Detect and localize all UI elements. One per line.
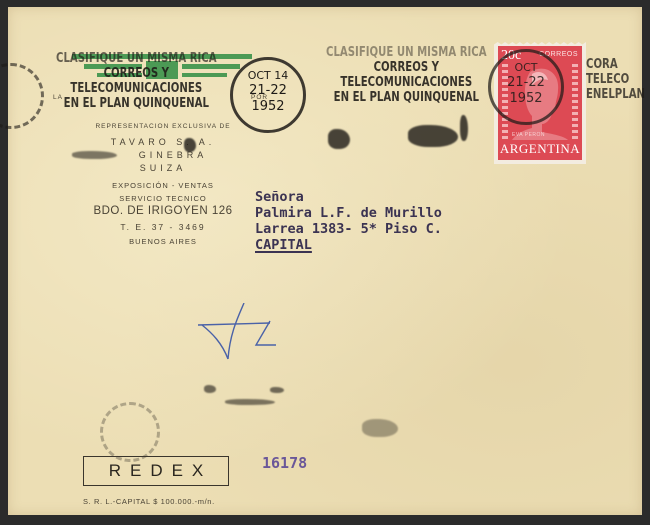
faint-postmark-bottom bbox=[100, 402, 160, 462]
ink-smudge bbox=[184, 138, 196, 152]
letterhead-services-2: SERVICIO TECNICO bbox=[48, 194, 278, 203]
stamp-portrait-name: EVA PERON bbox=[512, 132, 545, 138]
postmark-date: OCT bbox=[491, 62, 561, 74]
recipient-street: Larrea 1383- 5* Piso C. bbox=[255, 221, 442, 237]
ink-smudge bbox=[204, 385, 216, 393]
slogan-line-2: TELECOMUNICACIONES bbox=[326, 75, 487, 90]
slogan-line-0: CLASIFIQUE UN MISMA RICA bbox=[56, 51, 217, 66]
letterhead-country: SUIZA bbox=[48, 163, 278, 173]
letterhead-address: BDO. DE IRIGOYEN 126 bbox=[48, 205, 278, 217]
partial-postmark-left bbox=[0, 63, 44, 129]
stamp-border-ornament bbox=[572, 64, 578, 140]
letterhead-tagline-left: LA bbox=[53, 94, 63, 101]
slogan-line-3: EN EL PLAN QUINQUENAL bbox=[326, 90, 487, 105]
postmark-year: 1952 bbox=[233, 101, 303, 113]
recipient-name: Palmira L.F. de Murillo bbox=[255, 205, 442, 221]
ink-smudge bbox=[362, 419, 398, 437]
slogan-line-0: CLASIFIQUE UN MISMA RICA bbox=[326, 45, 487, 60]
ink-smudge bbox=[408, 125, 458, 147]
ink-smudge bbox=[270, 387, 284, 393]
postmark-date: OCT 14 bbox=[233, 70, 303, 82]
envelope: CLASIFIQUE UN MISMA RICA CORREOS Y TELEC… bbox=[8, 7, 642, 515]
slogan-cancel-left: CLASIFIQUE UN MISMA RICA CORREOS Y TELEC… bbox=[56, 51, 217, 111]
postmark-circle-over-stamp: OCT 21-22 1952 bbox=[488, 49, 564, 125]
ink-smudge bbox=[72, 151, 117, 159]
slogan-line-1: CORREOS Y bbox=[326, 60, 487, 75]
recipient-address: Señora Palmira L.F. de Murillo Larrea 13… bbox=[255, 189, 442, 253]
slogan-line-3: EN EL PLAN QUINQUENAL bbox=[56, 96, 217, 111]
slogan-line-2: TELECOMUNICACIONES bbox=[56, 81, 217, 96]
recipient-city: CAPITAL bbox=[255, 237, 442, 253]
letterhead-company: TAVARO S. A. bbox=[48, 137, 278, 147]
stamp-country: ARGENTINA bbox=[498, 141, 582, 157]
redex-brand: REDEX bbox=[100, 461, 213, 481]
recipient-salutation: Señora bbox=[255, 189, 442, 205]
letterhead-location: BUENOS AIRES bbox=[48, 237, 278, 246]
slogan-line-1: CORREOS Y bbox=[56, 66, 217, 81]
ink-smudge bbox=[328, 129, 350, 149]
pencil-mark-icon bbox=[198, 303, 278, 363]
capital-line: S. R. L.-CAPITAL $ 100.000.-m/n. bbox=[83, 497, 215, 506]
ink-smudge bbox=[460, 115, 468, 141]
slogan-partial-line: ENELPLAN bbox=[586, 87, 645, 102]
postmark-time: 21-22 bbox=[491, 77, 561, 89]
slogan-cancel-right-partial: CORA TELECO ENELPLAN bbox=[586, 57, 645, 102]
ink-smudge bbox=[225, 399, 275, 405]
slogan-cancel-middle: CLASIFIQUE UN MISMA RICA CORREOS Y TELEC… bbox=[326, 45, 487, 105]
postmark-year: 1952 bbox=[491, 93, 561, 105]
postmark-time: 21-22 bbox=[233, 85, 303, 97]
letterhead-services-1: EXPOSICIÓN - VENTAS bbox=[48, 181, 278, 190]
slogan-partial-line: TELECO bbox=[586, 72, 645, 87]
redex-logo-box: REDEX bbox=[83, 456, 229, 486]
letterhead-phone: T. E. 37 - 3469 bbox=[48, 222, 278, 232]
slogan-partial-line: CORA bbox=[586, 57, 645, 72]
reference-number: 16178 bbox=[262, 454, 307, 472]
postmark-circle: OCT 14 21-22 1952 bbox=[230, 57, 306, 133]
